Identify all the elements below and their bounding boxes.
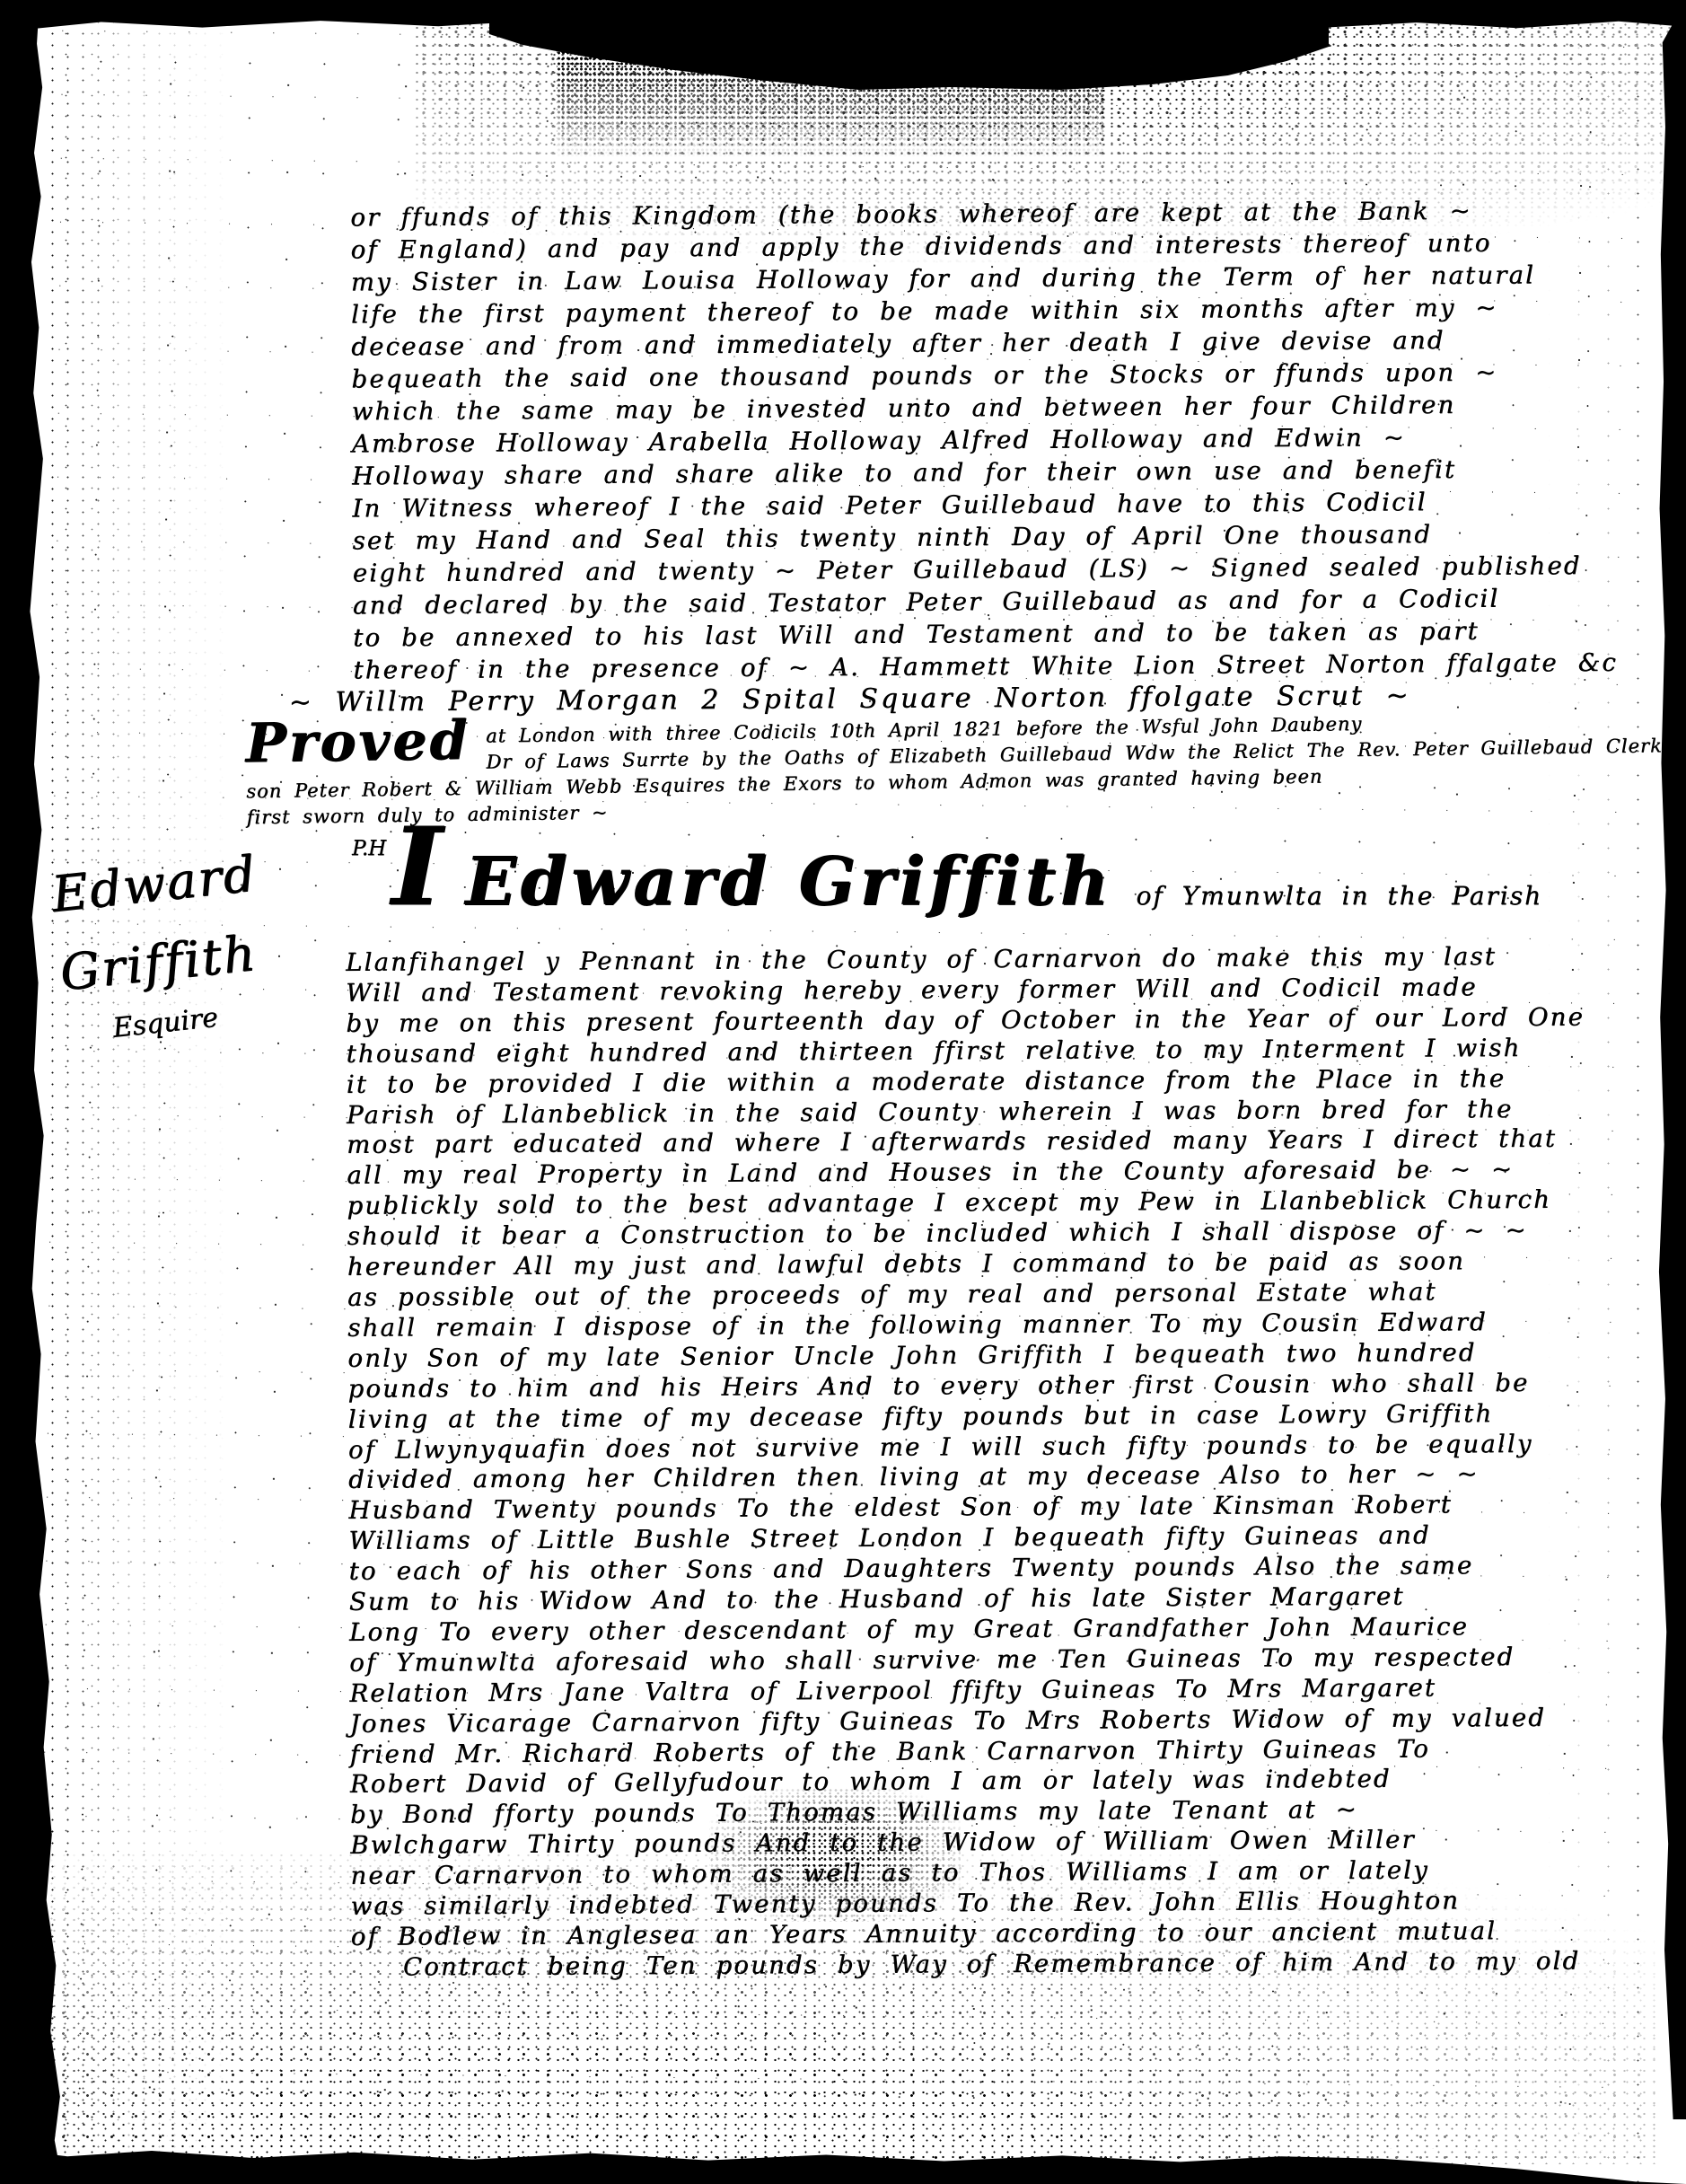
will-heading-continuation: of Ymunwlta in the Parish (1136, 881, 1542, 911)
scan-border-right (1657, 0, 1686, 2119)
probate-lead-word: Proved (245, 726, 470, 759)
testator-name: Edward Griffith (465, 839, 1112, 925)
codicil-paragraph: or ffunds of this Kingdom (the books whe… (350, 194, 1651, 719)
margin-note: Edward Griffith Esquire (48, 823, 373, 1055)
text-line: Contract being Ten pounds by Way of Reme… (351, 1946, 1653, 1983)
will-heading-initial: I (391, 824, 442, 911)
scan-border-left (0, 0, 68, 2184)
scan-border-bottom (0, 2144, 1686, 2184)
will-heading: P.H I Edward Griffith of Ymunwlta in the… (352, 824, 1686, 925)
will-paragraph: Llanfihangel y Pennant in the County of … (346, 941, 1653, 1983)
scan-border-top-bulge (489, 0, 1329, 90)
registrar-mark: P.H (352, 837, 386, 860)
scan-noise-left-strip (43, 0, 285, 2184)
scanned-will-page: or ffunds of this Kingdom (the books whe… (0, 0, 1686, 2184)
